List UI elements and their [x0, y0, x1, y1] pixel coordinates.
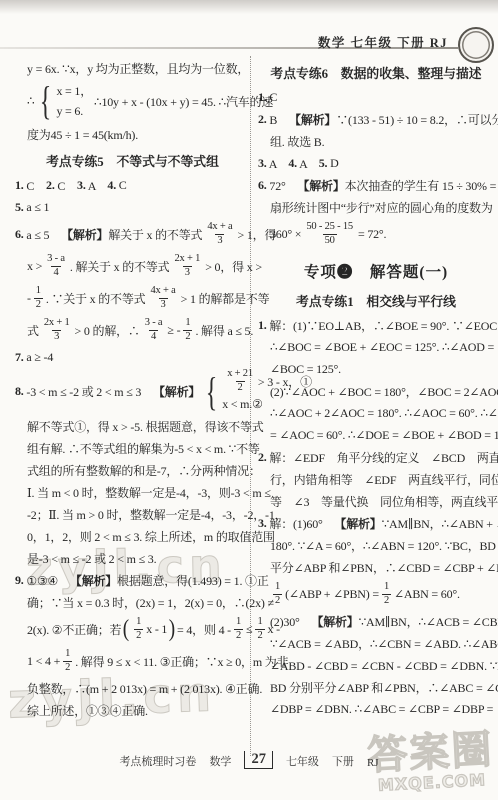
- text-segment: ≥ -: [167, 323, 180, 338]
- text-segment: 3.: [258, 156, 267, 171]
- text-line: (2)∵∠AOC + ∠BOC = 180°，∠BOC = 2∠AOC，: [257, 380, 495, 402]
- text-segment: ≤: [246, 622, 252, 637]
- text-line: 综上所述，①③④正确.: [14, 699, 251, 721]
- text-segment: 2(x). ②不正确；若: [27, 621, 121, 638]
- fraction: 12: [63, 648, 72, 674]
- fraction-numerator: 2x + 1: [172, 253, 202, 266]
- section-heading: 考点专练5 不等式与不等式组: [14, 148, 251, 172]
- fraction-denominator: 2: [34, 298, 43, 312]
- system-row: x = 1，: [56, 80, 92, 101]
- text-segment: 综上所述，①③④正确.: [27, 702, 148, 719]
- text-segment: 8.: [15, 384, 24, 399]
- fraction-denominator: 3: [159, 298, 168, 312]
- text-segment: 【解析】: [311, 613, 358, 630]
- text-segment: ∴: [27, 94, 34, 109]
- text-segment: 2.: [46, 178, 55, 193]
- text-segment: 解：∠EDF 角平分线的定义 ∠BCD 两直线平: [267, 449, 498, 466]
- text-segment: 3.: [77, 178, 86, 193]
- text-line: 扇形统计图中“步行”对应的圆心角的度数为: [257, 196, 495, 218]
- text-segment: 1.: [15, 178, 24, 193]
- text-segment: 【解析】: [153, 383, 200, 400]
- text-line: 360° ×50 - 25 - 1550= 72°.: [257, 218, 495, 250]
- text-line: Ⅰ. 当 m < 0 时，整数解一定是-4，-3，则-3 < m ≤: [14, 481, 251, 503]
- text-segment: a ≤ 1: [24, 200, 50, 215]
- text-segment: 组. 故选 B.: [270, 133, 324, 150]
- text-line: 5. a ≤ 1: [14, 196, 251, 218]
- text-segment: 扇形统计图中“步行”对应的圆心角的度数为: [270, 199, 493, 216]
- text-segment: . 解关于 x 的不等式: [70, 258, 170, 275]
- system-rows: x = 1，y = 6.: [56, 80, 92, 122]
- text-segment: 1 < 4 +: [27, 654, 60, 669]
- fraction-numerator: 50 - 25 - 15: [304, 221, 355, 234]
- text-segment: 考点专练6 数据的收集、整理与描述: [270, 63, 481, 82]
- text-segment: ∴10y + x - (10x + y) = 45. ∴汽车的速: [94, 93, 273, 110]
- fraction-numerator: 1: [63, 648, 72, 661]
- fraction: 12: [34, 285, 43, 311]
- text-segment: 负整数，∴(m + 2 013x) = m + (2 013x). ④正确.: [27, 680, 262, 697]
- text-segment: ∴∠BOC = ∠BOE + ∠EOC = 125°. ∴∠AOD =: [270, 340, 494, 355]
- text-segment: 式: [27, 322, 39, 339]
- fraction-denominator: 2: [234, 629, 243, 643]
- text-segment: 1.: [258, 90, 267, 105]
- fraction-denominator: 2: [382, 594, 391, 608]
- text-line: -12. ∵关于 x 的不等式4x + a3> 1 的解都是不等: [14, 282, 251, 314]
- footer-subject: 数学: [209, 753, 231, 769]
- text-line: 等 ∠3 等量代换 同位角相等，两直线平行: [257, 490, 495, 512]
- text-segment: 确；∵当 x = 0.3 时，(2x) = 1，2(x) = 0，∴(2x) ≠: [27, 594, 274, 611]
- text-segment: . 解得 a ≤ 5.: [195, 322, 253, 339]
- text-segment: C: [24, 177, 46, 194]
- text-segment: C: [116, 178, 127, 193]
- text-line: 式组的所有整数解的和是-7，∴分两种情况：: [14, 459, 251, 481]
- text-segment: C: [267, 90, 278, 105]
- fraction-denominator: 2: [236, 381, 245, 395]
- text-line: 3. 解：(1)60° 【解析】∵AM∥BN，∴∠ABN + ∠A =: [257, 512, 495, 534]
- text-segment: > 0，得 x >: [205, 258, 262, 275]
- text-segment: ∠ABD - ∠CBD = ∠CBN - ∠CBD = ∠DBN. ∵BC，: [270, 657, 498, 674]
- text-segment: Ⅰ. 当 m < 0 时，整数解一定是-4，-3，则-3 < m ≤: [27, 484, 271, 501]
- text-segment: 考点专练1 相交线与平行线: [296, 291, 456, 310]
- text-segment: A: [297, 155, 319, 172]
- text-segment: D: [327, 156, 338, 171]
- text-segment: 1.: [258, 318, 267, 333]
- fraction-numerator: x + 21: [225, 368, 255, 381]
- text-line: 行，内错角相等 ∠EDF 两直线平行，同位角相: [257, 468, 495, 490]
- text-segment: x - 1: [146, 622, 167, 637]
- text-segment: 【解析】: [61, 226, 108, 243]
- fraction: 12: [382, 581, 391, 607]
- text-segment: 180°. ∵∠A = 60°，∴∠ABN = 120°. ∵BC，BD 分别: [270, 537, 498, 554]
- brace-icon: {: [206, 375, 217, 409]
- fraction: 12: [234, 616, 243, 642]
- text-segment: 【解析】: [289, 111, 336, 128]
- fraction-denominator: 3: [215, 234, 224, 248]
- text-segment: x >: [27, 259, 42, 274]
- text-segment: (2)∵∠AOC + ∠BOC = 180°，∠BOC = 2∠AOC，: [270, 383, 498, 400]
- fraction-denominator: 2: [63, 661, 72, 675]
- fraction: 4x + a3: [205, 221, 234, 247]
- text-segment: 考点专练5 不等式与不等式组: [46, 151, 219, 170]
- text-line: 2(x). ②不正确；若(12x - 1)= 4，则 4 -12≤12x -: [14, 613, 251, 645]
- text-segment: 6.: [258, 178, 267, 193]
- text-line: y = 6x. ∵x，y 均为正整数，且均为一位数，: [14, 57, 251, 79]
- fraction-denominator: 2: [183, 330, 192, 344]
- text-line: 1. 解：(1)∵EO⊥AB，∴∠BOE = 90°. ∵∠EOC = 35°，: [257, 314, 495, 336]
- fraction-denominator: 3: [183, 266, 192, 280]
- text-segment: ∠BOC = 125°.: [270, 362, 341, 377]
- text-segment: (2)30°: [270, 613, 311, 630]
- fraction-numerator: 4x + a: [148, 285, 177, 298]
- workbook-answer-page: 数学 七年级 下册 RJ zyjl.cn zyjl.cn y = 6x. ∵x，…: [0, 0, 498, 800]
- text-line: 组有解. ∴不等式组的解集为-5 < x < m. ∵不等: [14, 437, 251, 459]
- text-segment: ∴∠AOC + 2∠AOC = 180°. ∴∠AOC = 60°. ∴∠BOD: [270, 406, 498, 421]
- text-line: x >3 - a4. 解关于 x 的不等式2x + 13> 0，得 x >: [14, 250, 251, 282]
- text-line: 180°. ∵∠A = 60°，∴∠ABN = 120°. ∵BC，BD 分别: [257, 534, 495, 556]
- fraction-numerator: 1: [134, 616, 143, 629]
- big-paren: (: [123, 617, 129, 641]
- equation-system: {x = 1，y = 6.: [36, 80, 92, 122]
- text-line: 式2x + 13> 0 的解，∴3 - a4≥ -12. 解得 a ≤ 5.: [14, 314, 251, 346]
- text-segment: 2.: [258, 112, 267, 127]
- fraction: 50 - 25 - 1550: [304, 221, 355, 247]
- fraction-denominator: 50: [323, 234, 337, 248]
- fraction: 3 - a4: [143, 317, 165, 343]
- fraction-numerator: 1: [234, 616, 243, 629]
- text-segment: (∠ABP + ∠PBN) =: [285, 587, 379, 602]
- text-segment: 根据题意，得(1.493) = 1. ①正: [117, 572, 269, 589]
- text-line: 度为45 ÷ 1 = 45(km/h).: [14, 123, 251, 145]
- fraction-denominator: 3: [52, 330, 61, 344]
- text-segment: 360° ×: [270, 227, 301, 242]
- text-segment: 4.: [107, 178, 116, 193]
- fraction-numerator: 3 - a: [143, 317, 165, 330]
- text-segment: A: [267, 155, 289, 172]
- text-segment: a ≤ 5: [24, 226, 62, 243]
- fraction-numerator: 4x + a: [205, 221, 234, 234]
- text-line: ∠DBP = ∠DBN. ∴∠ABC = ∠CBP = ∠DBP =: [257, 698, 495, 720]
- text-segment: 解：(1)60°: [267, 515, 335, 532]
- system-row: y = 6.: [56, 101, 92, 122]
- text-line: ∠BOC = 125°.: [257, 358, 495, 380]
- text-segment: a ≥ -4: [24, 350, 54, 365]
- text-line: BD 分别平分∠ABP 和∠PBN，∴∠ABC = ∠CBP，: [257, 676, 495, 698]
- text-segment: y = 6x. ∵x，y 均为正整数，且均为一位数，: [27, 60, 249, 77]
- text-segment: -3 < m ≤ -2 或 2 < m ≤ 3: [24, 383, 153, 400]
- text-segment: ∠DBP = ∠DBN. ∴∠ABC = ∠CBP = ∠DBP =: [270, 702, 493, 717]
- text-line: 1. C: [257, 86, 495, 108]
- text-line: = ∠AOC = 60°. ∴∠DOE = ∠BOE + ∠BOD = 150°…: [257, 424, 495, 446]
- text-segment: 3.: [258, 516, 267, 531]
- text-segment: 组有解. ∴不等式组的解集为-5 < x < m. ∵不等: [27, 440, 260, 457]
- text-segment: 【解析】: [297, 177, 344, 194]
- text-line: ∵∠ACB = ∠ABD，∴∠CBN = ∠ABD. ∴∠ABC =: [257, 632, 495, 654]
- text-segment: y = 6.: [56, 104, 83, 119]
- text-segment: 平分∠ABP 和∠PBN，∴∠CBD = ∠CBP + ∠DBP =: [270, 559, 498, 576]
- big-paren: ): [169, 617, 175, 641]
- fraction-numerator: 3 - a: [45, 253, 67, 266]
- text-line: 是-3 < m ≤ -2 或 2 < m ≤ 3.: [14, 547, 251, 569]
- fraction: 12: [134, 616, 143, 642]
- text-segment: 专项❷ 解答题(一): [304, 260, 448, 282]
- text-line: ∴∠BOC = ∠BOE + ∠EOC = 125°. ∴∠AOD =: [257, 336, 495, 358]
- text-segment: = ∠AOC = 60°. ∴∠DOE = ∠BOE + ∠BOD = 150°…: [270, 428, 498, 443]
- brace-icon: {: [40, 84, 51, 118]
- text-line: 12(∠ABP + ∠PBN) =12∠ABN = 60°.: [257, 578, 495, 610]
- text-line: (2)30° 【解析】∵AM∥BN，∴∠ACB = ∠CBN.: [257, 610, 495, 632]
- fraction: 2x + 13: [42, 317, 72, 343]
- footer-volume: 下册: [332, 753, 354, 769]
- text-segment: > 0 的解，∴: [75, 322, 140, 339]
- text-segment: 【解析】: [70, 572, 117, 589]
- text-line: 确；∵当 x = 0.3 时，(2x) = 1，2(x) = 0，∴(2x) ≠: [14, 591, 251, 613]
- fraction: 12: [273, 581, 282, 607]
- fraction: x + 212: [225, 368, 255, 394]
- text-segment: 72°: [267, 177, 298, 194]
- section-heading: 专项❷ 解答题(一): [257, 257, 495, 285]
- text-line: 解不等式①，得 x > -5. 根据题意，得该不等式: [14, 415, 251, 437]
- text-segment: 解关于 x 的不等式: [108, 226, 202, 243]
- page-number: 27: [244, 751, 273, 769]
- text-segment: ∵(133 - 51) ÷ 10 = 8.2，∴可以分成9: [336, 111, 498, 128]
- text-segment: 2.: [258, 450, 267, 465]
- text-segment: ∵∠ACB = ∠ABD，∴∠CBN = ∠ABD. ∴∠ABC =: [270, 635, 498, 652]
- text-line: 6. a ≤ 5 【解析】解关于 x 的不等式4x + a3> 1，得: [14, 218, 251, 250]
- text-segment: -2；Ⅱ. 当 m > 0 时，整数解一定是-4，-3，-2，-1，: [27, 506, 286, 523]
- scan-edge-shade: [0, 0, 498, 14]
- fraction-numerator: 1: [273, 581, 282, 594]
- left-column: y = 6x. ∵x，y 均为正整数，且均为一位数，∴{x = 1，y = 6.…: [14, 57, 251, 721]
- text-line: ∴{x = 1，y = 6.∴10y + x - (10x + y) = 45.…: [14, 79, 251, 123]
- text-segment: A: [86, 177, 108, 194]
- page-header-title: 数学 七年级 下册 RJ: [318, 33, 448, 51]
- text-line: -2；Ⅱ. 当 m > 0 时，整数解一定是-4，-3，-2，-1，: [14, 503, 251, 525]
- fraction-numerator: 1: [382, 581, 391, 594]
- text-segment: ①③④: [24, 572, 70, 589]
- text-segment: 9.: [15, 573, 24, 588]
- text-line: 6. 72° 【解析】本次抽查的学生有 15 ÷ 30% = 50(人).: [257, 174, 495, 196]
- text-segment: 【解析】: [334, 515, 381, 532]
- page-footer: 考点梳理时习卷 数学 27 七年级 下册 RJ: [0, 751, 498, 769]
- text-line: ∠ABD - ∠CBD = ∠CBN - ∠CBD = ∠DBN. ∵BC，: [257, 654, 495, 676]
- text-segment: 等 ∠3 等量代换 同位角相等，两直线平行: [270, 493, 498, 510]
- text-segment: 4.: [288, 156, 297, 171]
- text-line: 2. B 【解析】∵(133 - 51) ÷ 10 = 8.2，∴可以分成9: [257, 108, 495, 130]
- text-segment: 5.: [15, 200, 24, 215]
- fraction: 3 - a4: [45, 253, 67, 279]
- fraction: 2x + 13: [172, 253, 202, 279]
- text-line: 负整数，∴(m + 2 013x) = m + (2 013x). ④正确.: [14, 677, 251, 699]
- text-segment: ∵AM∥BN，∴∠ACB = ∠CBN.: [359, 613, 498, 630]
- fraction-denominator: 2: [273, 594, 282, 608]
- text-segment: 行，内错角相等 ∠EDF 两直线平行，同位角相: [270, 471, 498, 488]
- text-line: 1 < 4 +12. 解得 9 ≤ x < 11. ③正确；∵x ≥ 0，m 为…: [14, 645, 251, 677]
- text-line: 组. 故选 B.: [257, 130, 495, 152]
- section-heading: 考点专练6 数据的收集、整理与描述: [257, 60, 495, 84]
- text-segment: 本次抽查的学生有 15 ÷ 30% = 50(人).: [345, 177, 498, 194]
- text-line: 0，1，2，则 2 < m ≤ 3. 综上所述，m 的取值范围: [14, 525, 251, 547]
- fraction: 12: [183, 317, 192, 343]
- fraction-numerator: 1: [34, 285, 43, 298]
- text-segment: 5.: [319, 156, 328, 171]
- fraction-numerator: 1: [183, 317, 192, 330]
- text-segment: ∵AM∥BN，∴∠ABN + ∠A =: [382, 515, 498, 532]
- text-segment: 解不等式①，得 x > -5. 根据题意，得该不等式: [27, 418, 264, 435]
- text-segment: C: [55, 177, 77, 194]
- text-line: 2. 解：∠EDF 角平分线的定义 ∠BCD 两直线平: [257, 446, 495, 468]
- text-segment: BD 分别平分∠ABP 和∠PBN，∴∠ABC = ∠CBP，: [270, 679, 498, 696]
- text-segment: 度为45 ÷ 1 = 45(km/h).: [27, 126, 138, 143]
- text-segment: 7.: [15, 350, 24, 365]
- text-segment: -: [27, 291, 31, 306]
- text-line: ∴∠AOC + 2∠AOC = 180°. ∴∠AOC = 60°. ∴∠BOD: [257, 402, 495, 424]
- text-segment: 式组的所有整数解的和是-7，∴分两种情况：: [27, 462, 261, 479]
- text-line: 3. A 4. A 5. D: [257, 152, 495, 174]
- text-segment: 6.: [15, 227, 24, 242]
- footer-grade: 七年级: [286, 753, 319, 769]
- text-line: 9. ①③④ 【解析】根据题意，得(1.493) = 1. ①正: [14, 569, 251, 591]
- text-line: 7. a ≥ -4: [14, 346, 251, 368]
- fraction-denominator: 4: [51, 266, 60, 280]
- fraction-numerator: 2x + 1: [42, 317, 72, 330]
- text-line: 8. -3 < m ≤ -2 或 2 < m ≤ 3 【解析】{x + 212>…: [14, 368, 251, 415]
- text-line: 1. C 2. C 3. A 4. C: [14, 174, 251, 196]
- text-segment: 解：(1)∵EO⊥AB，∴∠BOE = 90°. ∵∠EOC = 35°，: [267, 317, 498, 334]
- text-segment: B: [267, 111, 289, 128]
- footer-series: 考点梳理时习卷: [119, 753, 196, 769]
- text-segment: 是-3 < m ≤ -2 或 2 < m ≤ 3.: [27, 550, 156, 567]
- fraction-denominator: 2: [134, 629, 143, 643]
- footer-edition: RJ: [367, 757, 379, 769]
- text-segment: x = 1，: [56, 82, 92, 99]
- text-line: 平分∠ABP 和∠PBN，∴∠CBD = ∠CBP + ∠DBP =: [257, 556, 495, 578]
- text-segment: . ∵关于 x 的不等式: [46, 290, 146, 307]
- fraction: 4x + a3: [148, 285, 177, 311]
- right-column: 考点专练6 数据的收集、整理与描述1. C2. B 【解析】∵(133 - 51…: [257, 57, 495, 720]
- fraction-denominator: 4: [149, 330, 158, 344]
- text-segment: ∠ABN = 60°.: [394, 587, 460, 602]
- text-segment: 0，1，2，则 2 < m ≤ 3. 综上所述，m 的取值范围: [27, 528, 275, 545]
- text-segment: = 4，则 4 -: [177, 621, 231, 638]
- section-heading: 考点专练1 相交线与平行线: [257, 288, 495, 312]
- text-segment: = 72°.: [358, 227, 386, 242]
